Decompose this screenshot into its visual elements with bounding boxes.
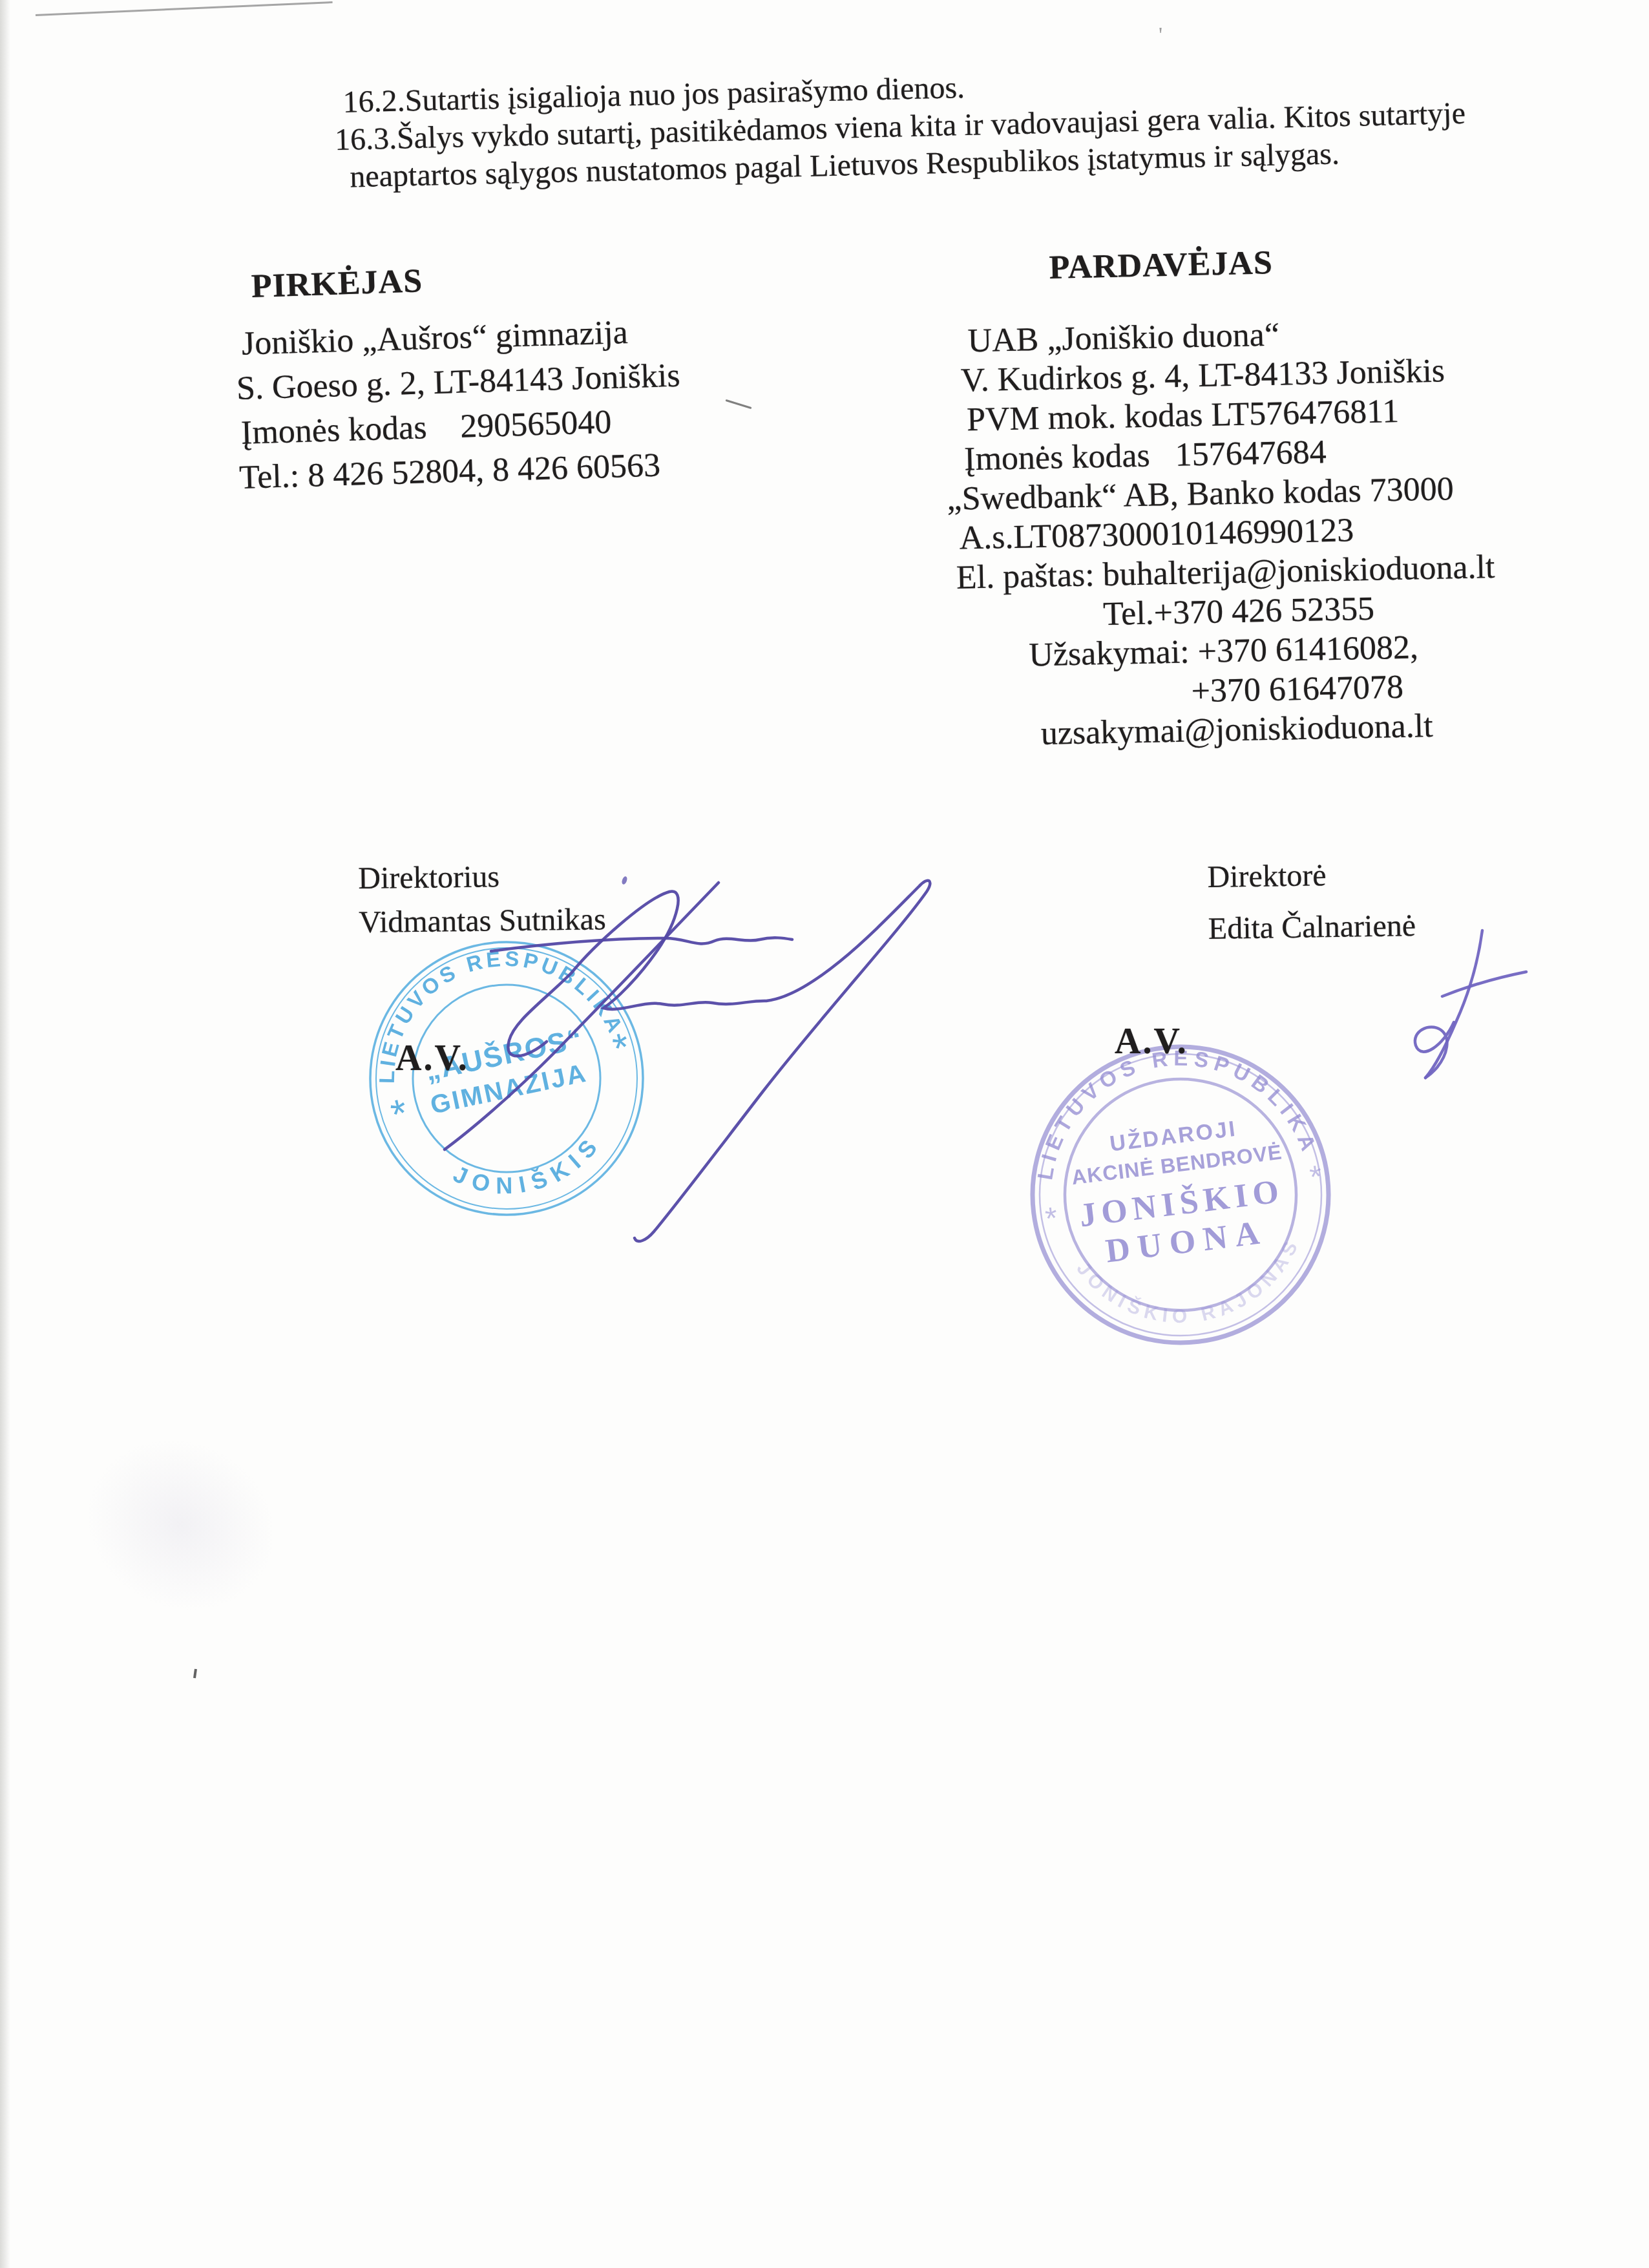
buyer-details: Joniškio „Aušros“ gimnazija S. Goeso g. … [235, 309, 684, 500]
seller-signer-role: Direktorė [1207, 848, 1415, 903]
stamp-star-icon: * [386, 1091, 412, 1138]
scan-artifact-line [36, 1, 333, 16]
seller-signer-name: Edita Čalnarienė [1208, 900, 1416, 955]
scanned-contract-page: ' 16.2.Sutartis įsigalioja nuo jos pasir… [0, 0, 1649, 2268]
buyer-heading: PIRKĖJAS [251, 262, 423, 306]
buyer-signer-role: Direktorius [358, 854, 605, 901]
contract-clauses: 16.2.Sutartis įsigalioja nuo jos pasiraš… [333, 58, 1467, 196]
seller-stamp-line1: UŽDAROJI [1108, 1117, 1238, 1157]
stamp-second-ring [1028, 1042, 1333, 1347]
seller-line: uzsakymai@joniskioduona.lt [1040, 705, 1498, 753]
pen-dash-artifact [725, 399, 751, 409]
buyer-signer-block: Direktorius Vidmantas Sutnikas [358, 854, 606, 945]
seller-seal-note: A.V. [1115, 1021, 1188, 1062]
seller-stamp-line2: AKCINĖ BENDROVĖ [1070, 1140, 1283, 1190]
seller-stamp-arc-bottom: JONIŠKIO RAJONAS [1071, 1232, 1312, 1341]
stamp-star-icon: * [1044, 1201, 1060, 1237]
seller-line: +370 61647078 [1191, 666, 1498, 711]
stamp-star-icon: * [1308, 1159, 1324, 1195]
scan-smudge [58, 1408, 304, 1642]
seller-details: UAB „Joniškio duona“ V. Kudirkos g. 4, L… [943, 311, 1498, 755]
seller-signature-loop [1415, 1022, 1454, 1078]
seller-round-stamp: LIETUVOS RESPUBLIKA JONIŠKIO RAJONAS * *… [1028, 1042, 1333, 1347]
svg-text:JONIŠKIS: JONIŠKIS [445, 1125, 615, 1215]
stamp-outer-ring [1028, 1042, 1333, 1347]
ink-dot-artifact [621, 876, 628, 885]
buyer-stamp-arc-bottom: JONIŠKIS [445, 1125, 615, 1215]
svg-text:JONIŠKIO RAJONAS: JONIŠKIO RAJONAS [1071, 1232, 1312, 1341]
buyer-signer-name: Vidmantas Sutnikas [359, 898, 606, 945]
seller-stamp-line4: DUONA [1104, 1213, 1269, 1270]
seller-stamp-line3: JONIŠKIO [1077, 1172, 1286, 1234]
buyer-seal-note: A.V. [395, 1038, 469, 1079]
seller-signature-tick [1442, 972, 1526, 996]
stamp-star-icon: * [609, 1025, 635, 1072]
scan-tick-artifact [193, 1669, 197, 1678]
seller-signer-block: Direktorė Edita Čalnarienė [1207, 848, 1416, 955]
scan-speck: ' [1159, 23, 1162, 48]
seller-heading: PARDAVĖJAS [1049, 244, 1273, 287]
stamp-inner-ring [1052, 1066, 1310, 1324]
svg-text:LIETUVOS RESPUBLIKA: LIETUVOS RESPUBLIKA [1028, 1042, 1323, 1190]
seller-stamp-arc-top: LIETUVOS RESPUBLIKA [1028, 1042, 1323, 1190]
seller-signature-stroke [1425, 930, 1482, 1078]
page-edge-shadow [0, 0, 10, 2268]
